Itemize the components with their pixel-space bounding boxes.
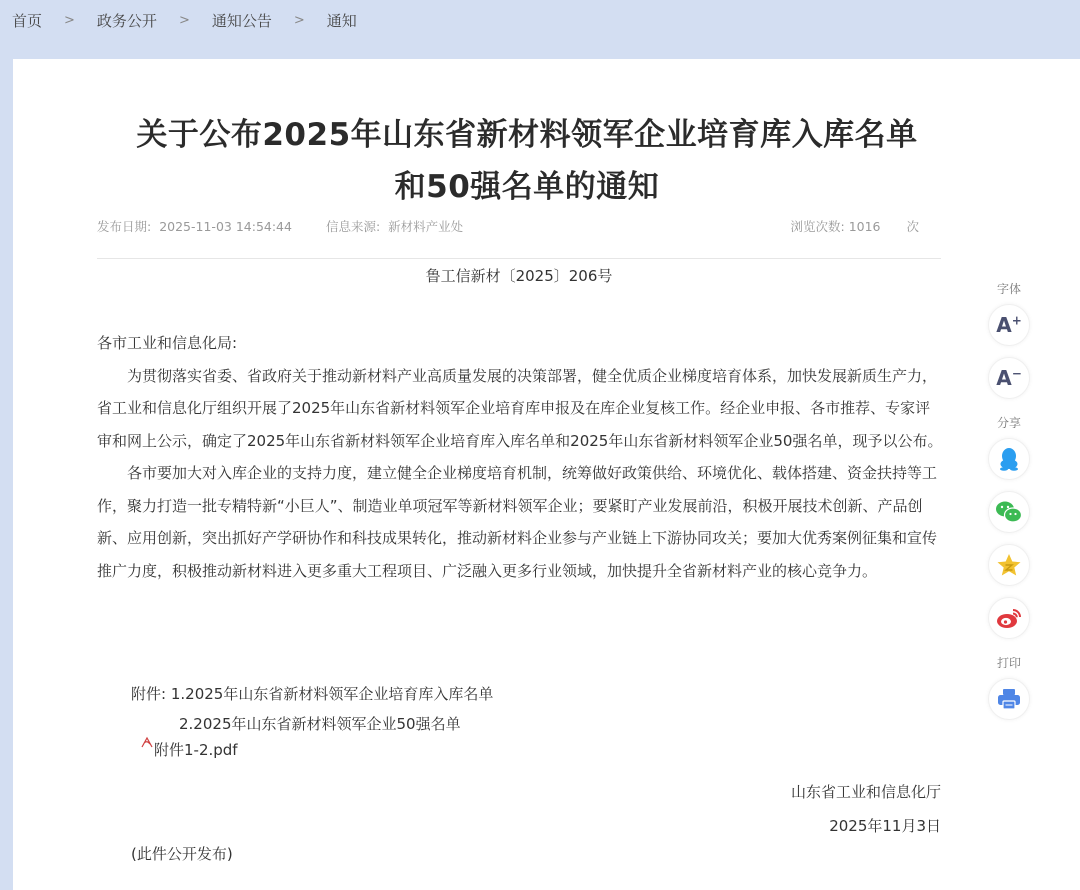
publication-note: (此件公开发布): [131, 843, 233, 864]
views-unit: 次: [906, 219, 919, 234]
attachment-label: 附件:: [131, 685, 166, 703]
printer-icon: [997, 688, 1021, 710]
document-number: 鲁工信新材〔2025〕206号: [97, 264, 941, 288]
share-qzone-button[interactable]: [988, 544, 1030, 586]
pdf-icon: [141, 736, 153, 750]
source-value: 新材料产业处: [388, 219, 463, 234]
side-toolbar: 字体 A+ A− 分享: [986, 280, 1032, 731]
share-qq-button[interactable]: [988, 438, 1030, 480]
divider: [97, 258, 941, 259]
breadcrumb-announcements[interactable]: 通知公告: [212, 10, 272, 31]
page-title: 关于公布2025年山东省新材料领军企业培育库入库名单 和50强名单的通知: [97, 109, 957, 213]
views-label: 浏览次数:: [790, 219, 844, 234]
qzone-icon: [996, 553, 1022, 577]
date-label: 发布日期:: [97, 219, 151, 234]
font-increase-icon: A+: [996, 313, 1022, 337]
print-button[interactable]: [988, 678, 1030, 720]
breadcrumb-separator: >: [179, 13, 190, 28]
attachment-file-name[interactable]: 附件1-2.pdf: [154, 739, 238, 760]
source-label: 信息来源:: [326, 219, 380, 234]
article-panel: 关于公布2025年山东省新材料领军企业培育库入库名单 和50强名单的通知 发布日…: [13, 59, 1080, 890]
title-line-1: 关于公布2025年山东省新材料领军企业培育库入库名单: [97, 109, 957, 161]
qq-icon: [998, 447, 1020, 471]
signature-org: 山东省工业和信息化厅: [791, 775, 941, 809]
signature: 山东省工业和信息化厅 2025年11月3日: [791, 775, 941, 843]
breadcrumb-home[interactable]: 首页: [12, 10, 42, 31]
breadcrumb-separator: >: [294, 13, 305, 28]
wechat-icon: [995, 500, 1023, 524]
attachment-item-1: 1.2025年山东省新材料领军企业培育库入库名单: [171, 685, 494, 703]
breadcrumb: 首页 > 政务公开 > 通知公告 > 通知: [0, 0, 1080, 40]
breadcrumb-separator: >: [64, 13, 75, 28]
article-body: 各市工业和信息化局: 为贯彻落实省委、省政府关于推动新材料产业高质量发展的决策部…: [97, 327, 945, 587]
breadcrumb-notices[interactable]: 通知: [327, 10, 357, 31]
title-line-2: 和50强名单的通知: [97, 161, 957, 213]
article-meta: 发布日期: 2025-11-03 14:54:44 信息来源: 新材料产业处 浏…: [97, 217, 939, 237]
font-label: 字体: [997, 280, 1021, 297]
share-label: 分享: [997, 414, 1021, 431]
weibo-icon: [995, 606, 1023, 630]
paragraph-2: 各市要加大对入库企业的支持力度，建立健全企业梯度培育机制，统筹做好政策供给、环境…: [97, 457, 945, 587]
font-decrease-icon: A−: [996, 366, 1022, 390]
print-label: 打印: [997, 654, 1021, 671]
attachments: 附件: 1.2025年山东省新材料领军企业培育库入库名单 2.2025年山东省新…: [131, 679, 493, 739]
date-value: 2025-11-03 14:54:44: [159, 219, 292, 234]
share-wechat-button[interactable]: [988, 491, 1030, 533]
views-count: 1016: [849, 219, 881, 234]
signature-date: 2025年11月3日: [791, 809, 941, 843]
font-decrease-button[interactable]: A−: [988, 357, 1030, 399]
salutation: 各市工业和信息化局:: [97, 327, 945, 360]
breadcrumb-gov-affairs[interactable]: 政务公开: [97, 10, 157, 31]
attachment-item-2: 2.2025年山东省新材料领军企业50强名单: [131, 709, 493, 739]
share-weibo-button[interactable]: [988, 597, 1030, 639]
font-increase-button[interactable]: A+: [988, 304, 1030, 346]
paragraph-1: 为贯彻落实省委、省政府关于推动新材料产业高质量发展的决策部署，健全优质企业梯度培…: [97, 360, 945, 458]
attachment-file-link[interactable]: 附件1-2.pdf: [141, 739, 238, 760]
